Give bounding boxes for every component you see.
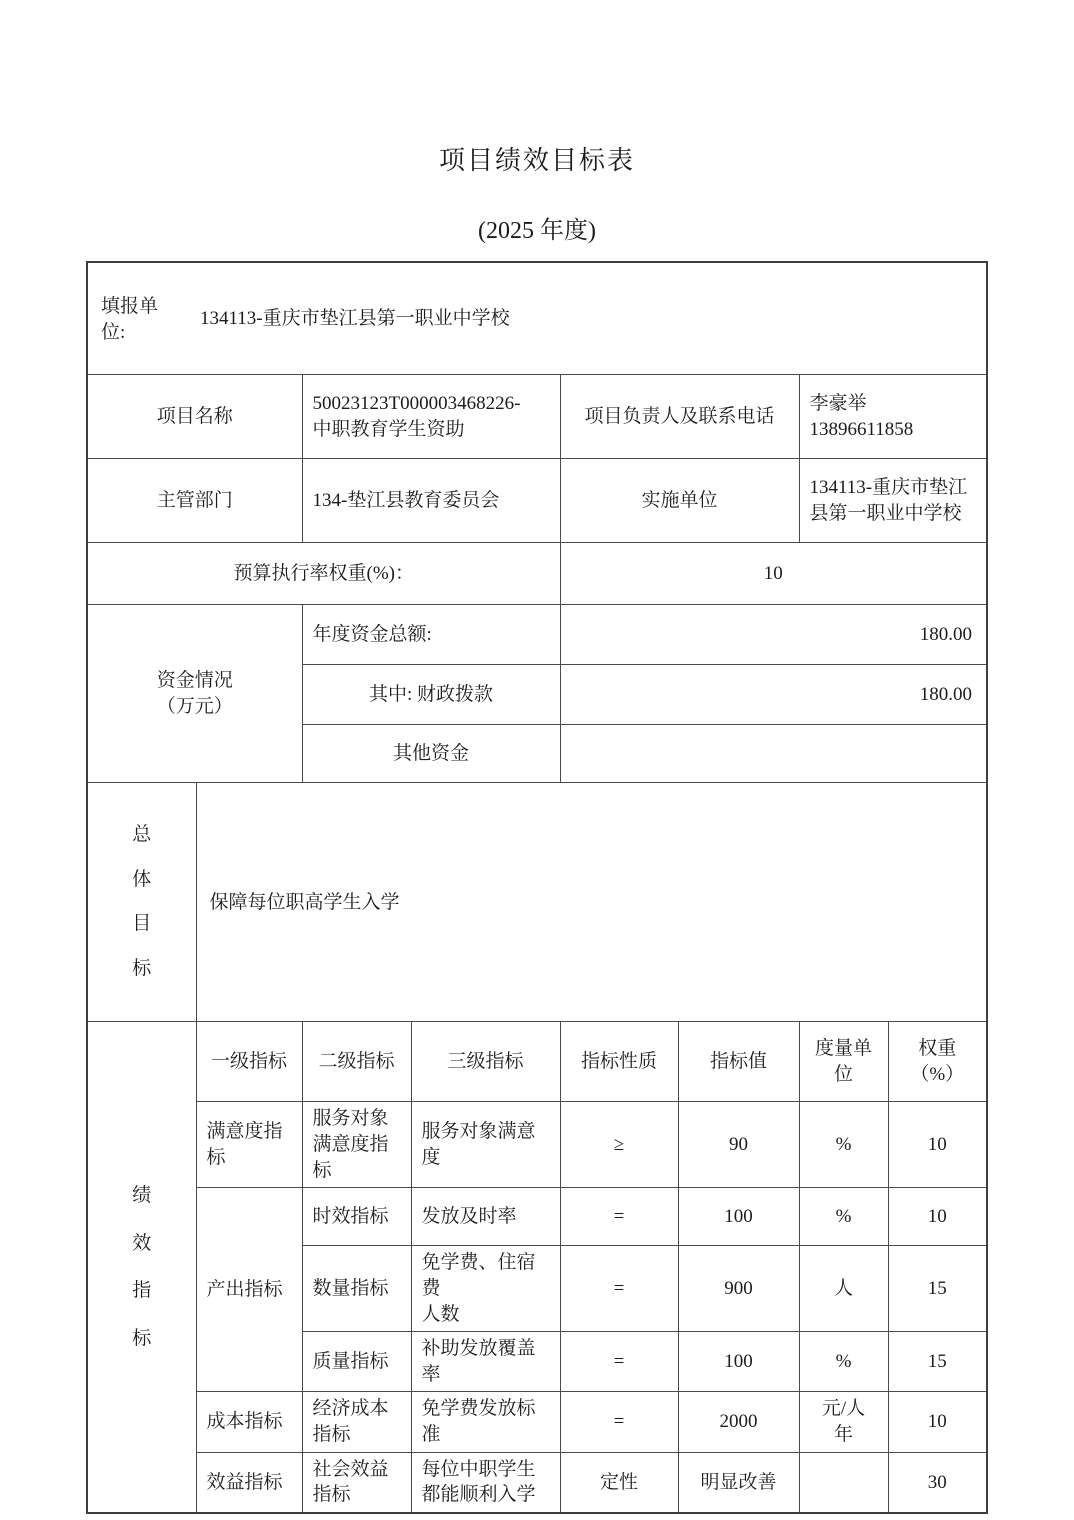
column-header: 一级指标 <box>196 1022 302 1102</box>
indicator-nature: = <box>560 1246 678 1332</box>
project-name-value: 50023123T000003468226- 中职教育学生资助 <box>302 375 560 459</box>
budget-rate-value: 10 <box>560 543 987 605</box>
indicator-weight: 15 <box>888 1332 987 1392</box>
budget-rate-label: 预算执行率权重(%)： <box>87 543 560 605</box>
indicator-value: 明显改善 <box>678 1452 799 1513</box>
table-row: 填报单位: 134113-重庆市垫江县第一职业中学校 <box>87 262 987 375</box>
indicator-unit <box>799 1452 888 1513</box>
table-row: 资金情况 （万元） 年度资金总额: 180.00 <box>87 605 987 665</box>
column-header: 三级指标 <box>411 1022 560 1102</box>
document-page: 项目绩效目标表 (2025 年度) 填报单位: 134113-重庆市垫江县第一职… <box>0 0 1074 1520</box>
indicator-unit: % <box>799 1188 888 1246</box>
leader-value: 李豪举 13896611858 <box>799 375 987 459</box>
indicator-level2: 社会效益指标 <box>302 1452 411 1513</box>
indicator-unit: % <box>799 1102 888 1188</box>
indicator-level2: 服务对象满意度指标 <box>302 1102 411 1188</box>
performance-target-table: 填报单位: 134113-重庆市垫江县第一职业中学校 项目名称 50023123… <box>86 261 988 1514</box>
overall-goal-value: 保障每位职高学生入学 <box>196 783 987 1022</box>
indicator-weight: 30 <box>888 1452 987 1513</box>
indicator-nature: 定性 <box>560 1452 678 1513</box>
reporting-unit-value: 134113-重庆市垫江县第一职业中学校 <box>200 306 510 332</box>
page-title: 项目绩效目标表 <box>0 0 1074 177</box>
indicator-value: 2000 <box>678 1392 799 1452</box>
column-header: 指标性质 <box>560 1022 678 1102</box>
indicator-level3: 服务对象满意度 <box>411 1102 560 1188</box>
project-name-label: 项目名称 <box>87 375 302 459</box>
indicator-value: 100 <box>678 1188 799 1246</box>
indicator-row: 效益指标 社会效益指标 每位中职学生都能顺利入学 定性 明显改善 30 <box>87 1452 987 1513</box>
indicator-value: 100 <box>678 1332 799 1392</box>
indicator-level3: 补助发放覆盖率 <box>411 1332 560 1392</box>
indicator-value: 900 <box>678 1246 799 1332</box>
column-header: 权重（%） <box>888 1022 987 1102</box>
indicator-level1: 成本指标 <box>196 1392 302 1452</box>
implementer-value: 134113-重庆市垫江县第一职业中学校 <box>799 459 987 543</box>
indicator-weight: 10 <box>888 1102 987 1188</box>
indicator-level3: 免学费、住宿费 人数 <box>411 1246 560 1332</box>
indicator-unit: % <box>799 1332 888 1392</box>
indicator-level1: 产出指标 <box>196 1188 302 1392</box>
funding-row-label: 其中: 财政拨款 <box>302 665 560 725</box>
indicator-level2: 数量指标 <box>302 1246 411 1332</box>
reporting-unit-label: 填报单位: <box>92 291 170 347</box>
indicator-value: 90 <box>678 1102 799 1188</box>
funding-row-label: 其他资金 <box>302 725 560 783</box>
overall-goal-label: 总体目标 <box>131 813 153 992</box>
indicator-nature: = <box>560 1188 678 1246</box>
indicator-weight: 15 <box>888 1246 987 1332</box>
indicator-level2: 时效指标 <box>302 1188 411 1246</box>
indicator-level3: 免学费发放标准 <box>411 1392 560 1452</box>
indicator-row: 成本指标 经济成本指标 免学费发放标准 = 2000 元/人 年 10 <box>87 1392 987 1452</box>
overall-goal-label-cell: 总体目标 <box>87 783 196 1022</box>
indicator-level3: 每位中职学生都能顺利入学 <box>411 1452 560 1513</box>
indicator-row: 满意度指标 服务对象满意度指标 服务对象满意度 ≥ 90 % 10 <box>87 1102 987 1188</box>
reporting-unit-cell: 填报单位: 134113-重庆市垫江县第一职业中学校 <box>87 262 987 375</box>
supervisor-value: 134-垫江县教育委员会 <box>302 459 560 543</box>
table-row: 预算执行率权重(%)： 10 <box>87 543 987 605</box>
funding-section-label: 资金情况 （万元） <box>87 605 302 783</box>
funding-row-value: 180.00 <box>560 665 987 725</box>
performance-section-cell: 绩效指标 <box>87 1022 196 1513</box>
indicator-unit: 人 <box>799 1246 888 1332</box>
indicator-nature: ≥ <box>560 1102 678 1188</box>
table-row: 总体目标 保障每位职高学生入学 <box>87 783 987 1022</box>
funding-row-value: 180.00 <box>560 605 987 665</box>
indicator-unit: 元/人 年 <box>799 1392 888 1452</box>
column-header: 度量单位 <box>799 1022 888 1102</box>
indicator-nature: = <box>560 1392 678 1452</box>
indicator-level2: 经济成本指标 <box>302 1392 411 1452</box>
page-subtitle: (2025 年度) <box>0 210 1074 245</box>
table-header-row: 绩效指标 一级指标 二级指标 三级指标 指标性质 指标值 度量单位 权重（%） <box>87 1022 987 1102</box>
leader-label: 项目负责人及联系电话 <box>560 375 799 459</box>
indicator-level3: 发放及时率 <box>411 1188 560 1246</box>
indicator-nature: = <box>560 1332 678 1392</box>
table-row: 主管部门 134-垫江县教育委员会 实施单位 134113-重庆市垫江县第一职业… <box>87 459 987 543</box>
column-header: 二级指标 <box>302 1022 411 1102</box>
performance-section-label: 绩效指标 <box>131 1172 153 1362</box>
implementer-label: 实施单位 <box>560 459 799 543</box>
indicator-level2: 质量指标 <box>302 1332 411 1392</box>
table-row: 项目名称 50023123T000003468226- 中职教育学生资助 项目负… <box>87 375 987 459</box>
indicator-row: 产出指标 时效指标 发放及时率 = 100 % 10 <box>87 1188 987 1246</box>
funding-row-value <box>560 725 987 783</box>
indicator-level1: 满意度指标 <box>196 1102 302 1188</box>
indicator-weight: 10 <box>888 1188 987 1246</box>
funding-row-label: 年度资金总额: <box>302 605 560 665</box>
supervisor-label: 主管部门 <box>87 459 302 543</box>
column-header: 指标值 <box>678 1022 799 1102</box>
indicator-level1: 效益指标 <box>196 1452 302 1513</box>
indicator-weight: 10 <box>888 1392 987 1452</box>
